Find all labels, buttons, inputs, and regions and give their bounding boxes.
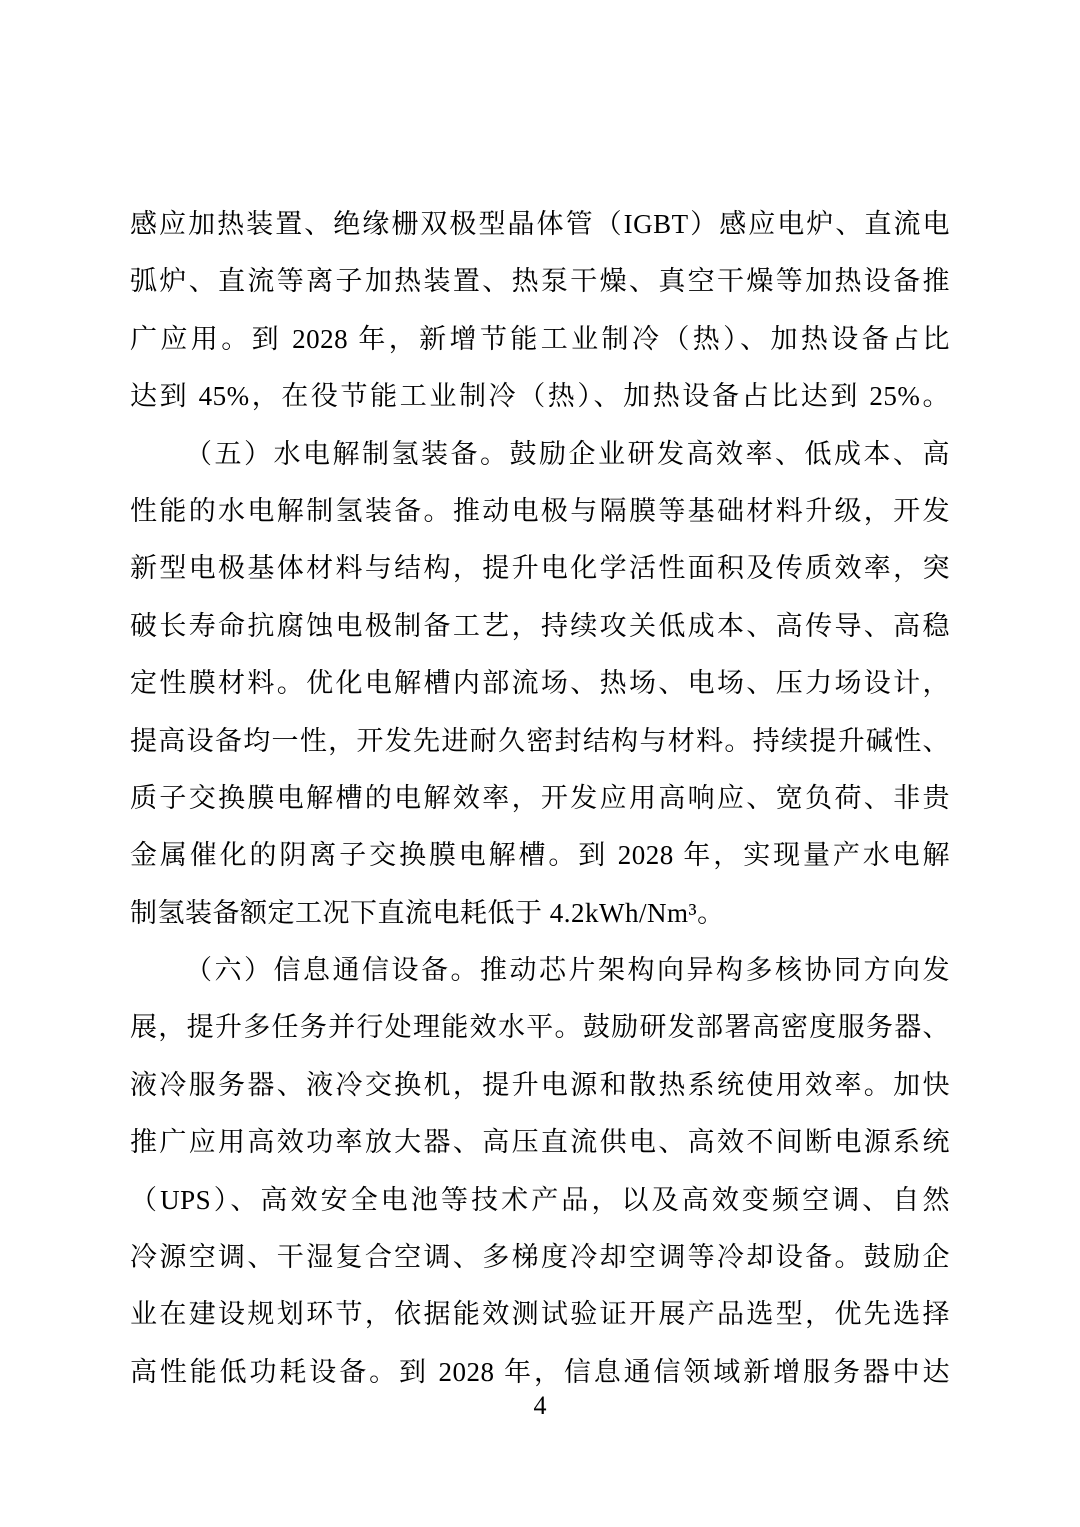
text-line: 制氢装备额定工况下直流电耗低于 4.2kWh/Nm³。 [130, 885, 950, 942]
text-line: 达到 45%，在役节能工业制冷（热）、加热设备占比达到 25%。 [130, 368, 950, 425]
para-5-water-electrolysis-hydrogen-equipment: （五）水电解制氢装备。鼓励企业研发高效率、低成本、高性能的水电解制氢装备。推动电… [130, 426, 950, 943]
text-line: 性能的水电解制氢装备。推动电极与隔膜等基础材料升级，开发 [130, 483, 950, 540]
text-line: （UPS）、高效安全电池等技术产品，以及高效变频空调、自然 [130, 1172, 950, 1229]
text-line: 提高设备均一性，开发先进耐久密封结构与材料。持续提升碱性、 [130, 713, 950, 770]
text-line: （五）水电解制氢装备。鼓励企业研发高效率、低成本、高 [130, 426, 950, 483]
text-line: 定性膜材料。优化电解槽内部流场、热场、电场、压力场设计， [130, 655, 950, 712]
text-line: 质子交换膜电解槽的电解效率，开发应用高响应、宽负荷、非贵 [130, 770, 950, 827]
page-number: 4 [0, 1390, 1080, 1422]
text-line: 液冷服务器、液冷交换机，提升电源和散热系统使用效率。加快 [130, 1057, 950, 1114]
document-page: 感应加热装置、绝缘栅双极型晶体管（IGBT）感应电炉、直流电弧炉、直流等离子加热… [0, 0, 1080, 1527]
para-6-information-communication-equipment: （六）信息通信设备。推动芯片架构向异构多核协同方向发展，提升多任务并行处理能效水… [130, 942, 950, 1401]
text-block: 感应加热装置、绝缘栅双极型晶体管（IGBT）感应电炉、直流电弧炉、直流等离子加热… [130, 196, 950, 1401]
text-line: 弧炉、直流等离子加热装置、热泵干燥、真空干燥等加热设备推 [130, 253, 950, 310]
text-line: 新型电极基体材料与结构，提升电化学活性面积及传质效率，突 [130, 540, 950, 597]
text-line: 展，提升多任务并行处理能效水平。鼓励研发部署高密度服务器、 [130, 999, 950, 1056]
text-line: 冷源空调、干湿复合空调、多梯度冷却空调等冷却设备。鼓励企 [130, 1229, 950, 1286]
text-line: 推广应用高效功率放大器、高压直流供电、高效不间断电源系统 [130, 1114, 950, 1171]
text-line: 业在建设规划环节，依据能效测试验证开展产品选型，优先选择 [130, 1286, 950, 1343]
para-industrial-heating-cooling: 感应加热装置、绝缘栅双极型晶体管（IGBT）感应电炉、直流电弧炉、直流等离子加热… [130, 196, 950, 426]
text-line: （六）信息通信设备。推动芯片架构向异构多核协同方向发 [130, 942, 950, 999]
text-line: 广应用。到 2028 年，新增节能工业制冷（热）、加热设备占比 [130, 311, 950, 368]
text-line: 感应加热装置、绝缘栅双极型晶体管（IGBT）感应电炉、直流电 [130, 196, 950, 253]
text-line: 金属催化的阴离子交换膜电解槽。到 2028 年，实现量产水电解 [130, 827, 950, 884]
text-line: 破长寿命抗腐蚀电极制备工艺，持续攻关低成本、高传导、高稳 [130, 598, 950, 655]
